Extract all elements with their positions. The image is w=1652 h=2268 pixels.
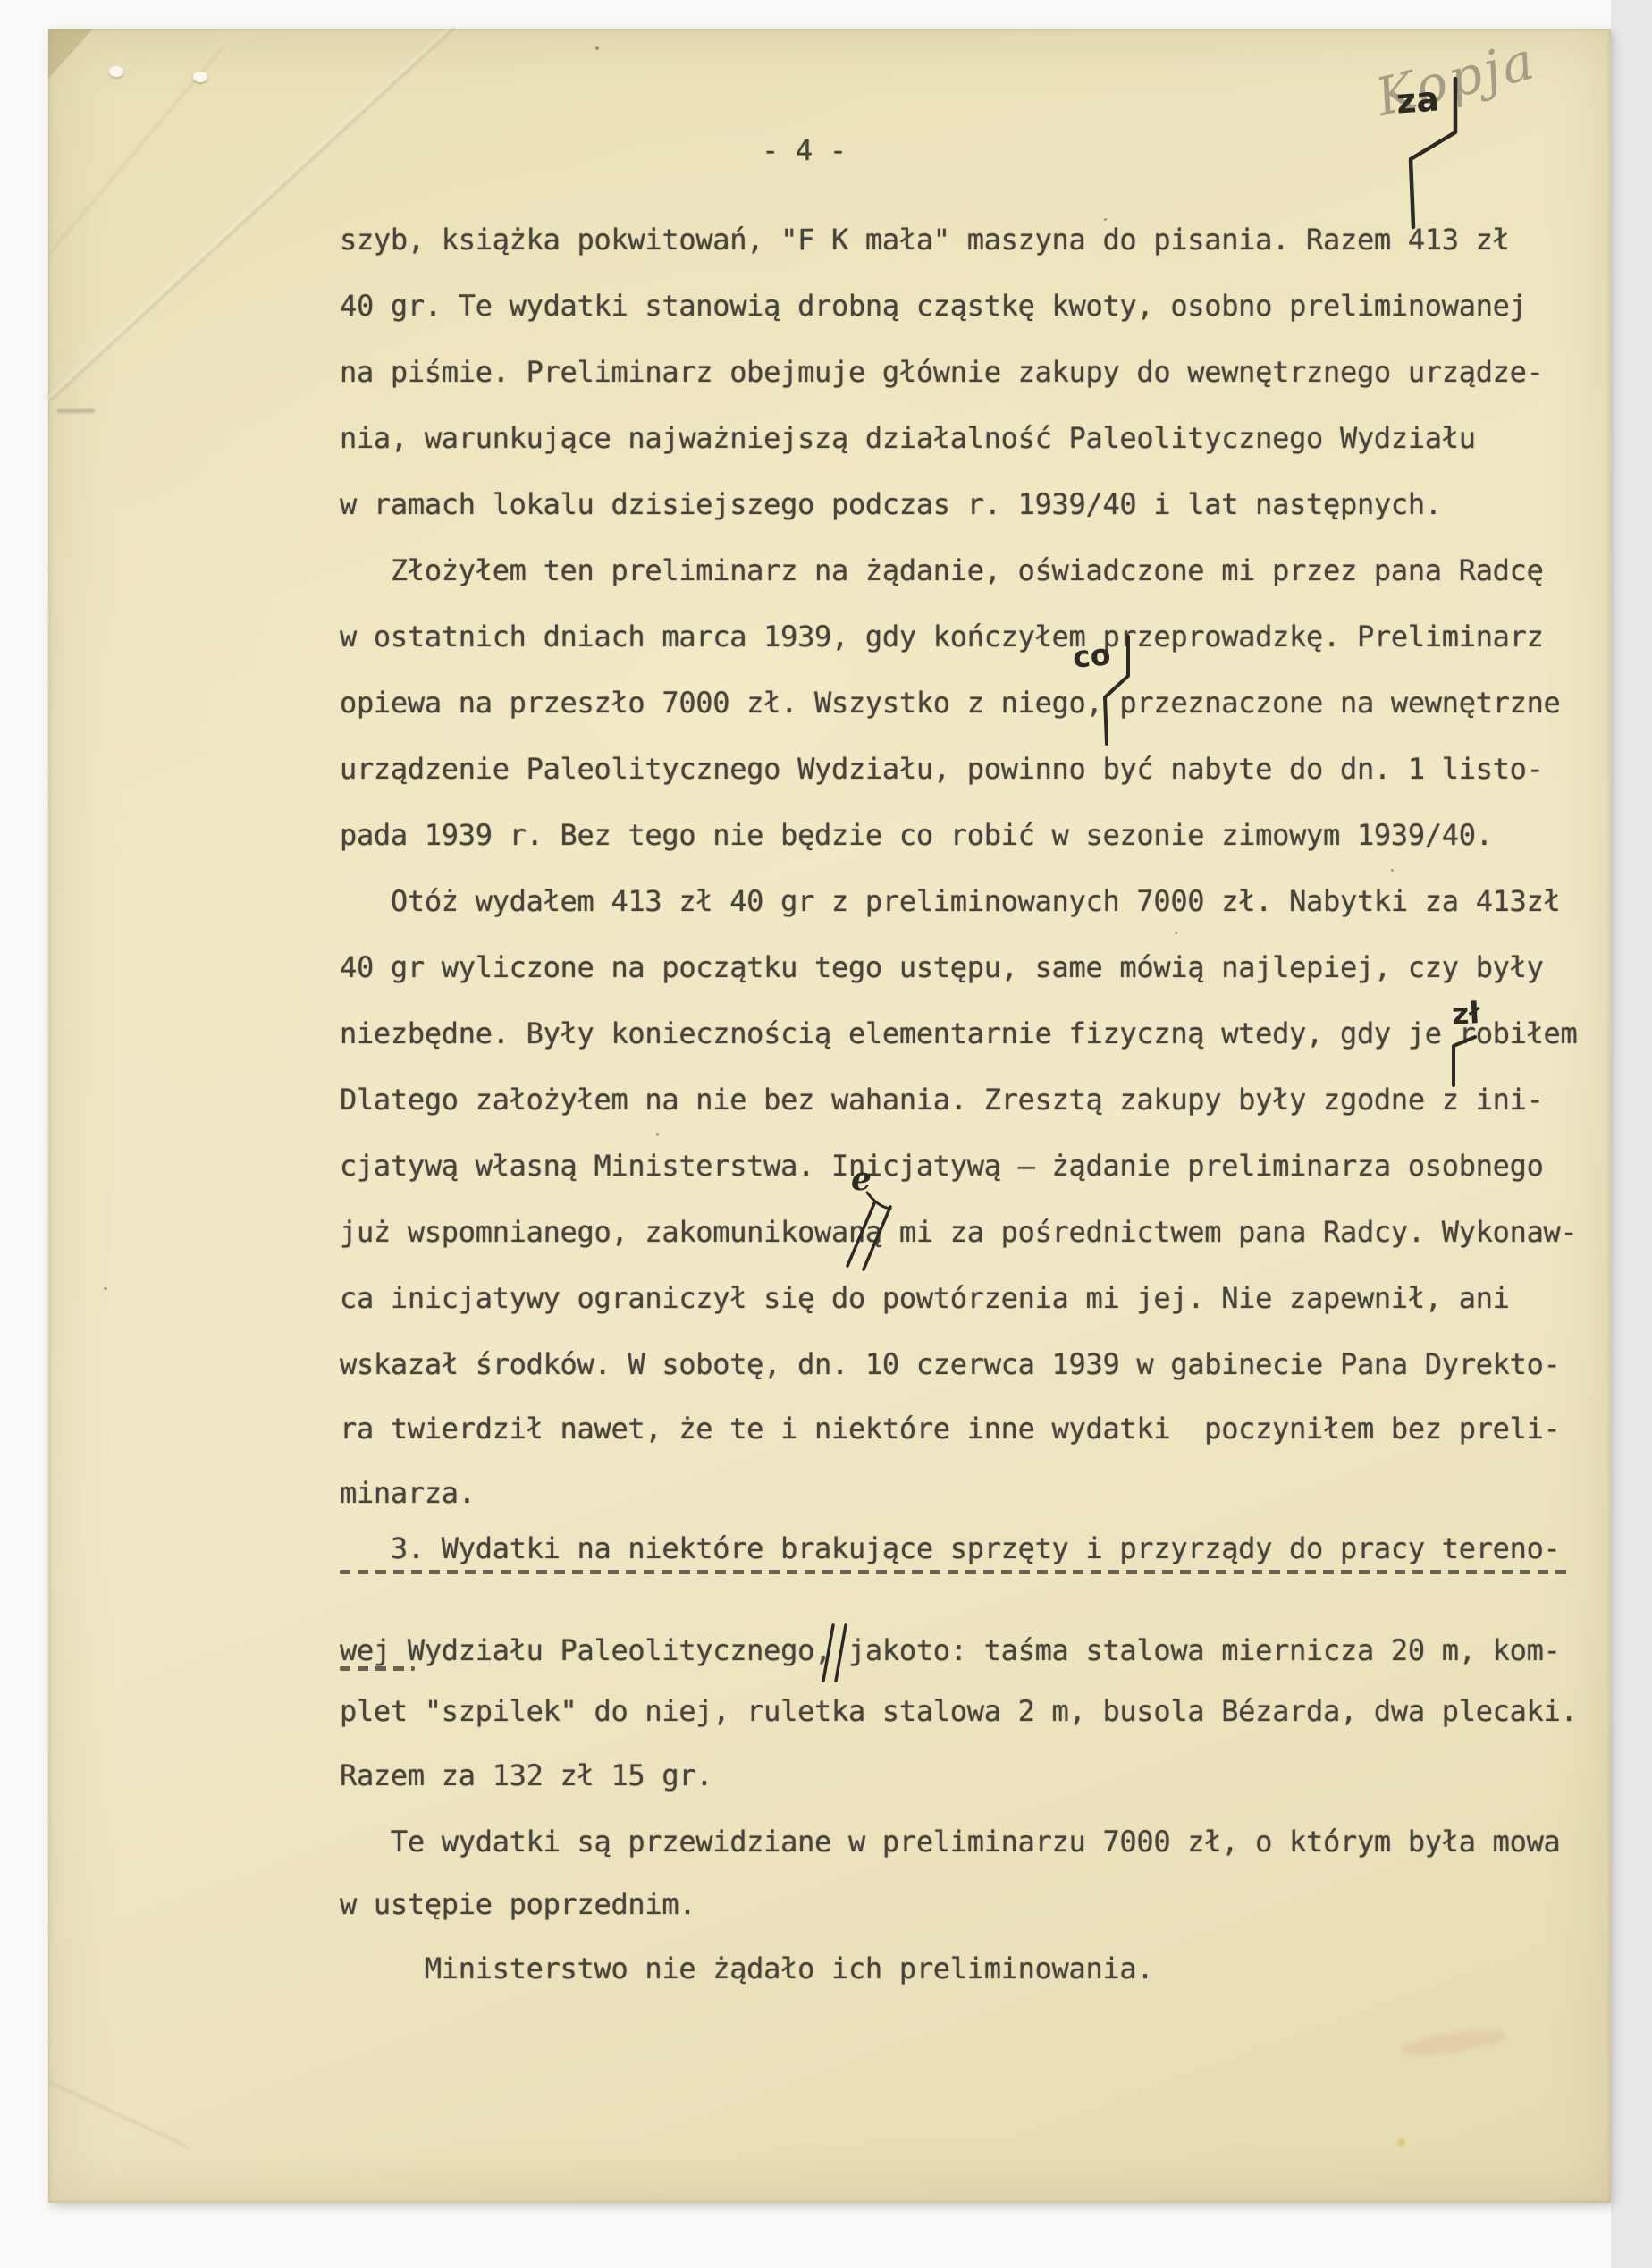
page-number: - 4 - — [762, 132, 847, 168]
paper-sheet: - 4 - szyb, książka pokwitowań, "F K mał… — [48, 29, 1611, 2203]
typed-line-21: 3. Wydatki na niektóre brakujące sprzęty… — [340, 1530, 1561, 1566]
typed-line-23: plet "szpilek" do niej, ruletka stalowa … — [340, 1693, 1578, 1729]
typed-line-20: minarza. — [340, 1475, 476, 1511]
handwritten-copy-note: Kopja — [1370, 30, 1541, 128]
crease-line-bottom — [49, 2081, 188, 2148]
handwritten-insert-za: za — [1395, 79, 1441, 121]
paper-speck — [104, 1287, 107, 1290]
typed-line-22: wej Wydziału Paleolitycznego, jakoto: ta… — [340, 1632, 1561, 1668]
typed-line-09: urządzenie Paleolitycznego Wydziału, pow… — [340, 751, 1544, 787]
scanned-document-page: - 4 - szyb, książka pokwitowań, "F K mał… — [0, 0, 1652, 2268]
paper-speck — [1391, 869, 1394, 872]
typed-line-25: Te wydatki są przewidziane w preliminarz… — [340, 1824, 1561, 1859]
typed-line-11: Otóż wydałem 413 zł 40 gr z preliminowan… — [340, 883, 1561, 919]
paper-nick — [109, 66, 123, 77]
crease-line — [49, 27, 455, 401]
typed-line-15: cjatywą własną Ministerstwa. Inicjatywą … — [340, 1148, 1544, 1184]
handwritten-correction-e: e — [851, 1160, 872, 1198]
paper-fleck — [1397, 2138, 1405, 2146]
typed-line-19: ra twierdził nawet, że te i niektóre inn… — [340, 1411, 1561, 1446]
paper-speck — [1175, 932, 1177, 934]
typed-line-01: szyb, książka pokwitowań, "F K mała" mas… — [340, 222, 1510, 257]
handwritten-insert-zl: zł — [1451, 995, 1480, 1032]
typed-line-06: Złożyłem ten preliminarz na żądanie, ośw… — [340, 552, 1544, 588]
typed-line-16: już wspomnianego, zakomunikowaną mi za p… — [340, 1214, 1578, 1250]
typed-line-27: Ministerstwo nie żądało ich preliminowan… — [340, 1951, 1153, 1986]
typed-line-26: w ustępie poprzednim. — [340, 1886, 695, 1922]
typed-line-02: 40 gr. Te wydatki stanowią drobną cząstk… — [340, 288, 1527, 324]
typed-line-18: wskazał środków. W sobotę, dn. 10 czerwc… — [340, 1346, 1561, 1382]
red-smudge — [1399, 2026, 1508, 2060]
corner-fold — [48, 29, 93, 79]
typed-line-24: Razem za 132 zł 15 gr. — [340, 1758, 712, 1793]
heading-underline-continuation — [340, 1666, 415, 1671]
typed-line-04: nia, warunkujące najważniejszą działalno… — [340, 420, 1476, 456]
typed-line-03: na piśmie. Preliminarz obejmuje głównie … — [340, 354, 1544, 390]
typed-line-12: 40 gr wyliczone na początku tego ustępu,… — [340, 949, 1544, 985]
paper-speck — [1104, 218, 1107, 221]
paper-speck — [656, 1133, 659, 1136]
typed-line-05: w ramach lokalu dzisiejszego podczas r. … — [340, 486, 1442, 522]
typed-line-10: pada 1939 r. Bez tego nie będzie co robi… — [340, 817, 1493, 853]
pencil-smudge — [57, 409, 95, 413]
typed-line-17: ca inicjatywy ograniczył się do powtórze… — [340, 1280, 1510, 1316]
handwritten-insert-co: co — [1071, 637, 1111, 675]
typed-line-07: w ostatnich dniach marca 1939, gdy kończ… — [340, 619, 1544, 654]
typed-line-13: niezbędne. Były koniecznością elementarn… — [340, 1016, 1578, 1051]
paper-nick — [193, 72, 207, 82]
paper-speck — [595, 46, 599, 50]
typed-line-08: opiewa na przeszło 7000 zł. Wszystko z n… — [340, 685, 1561, 721]
scanner-edge-strip — [1611, 0, 1652, 2268]
heading-underline — [340, 1570, 1572, 1574]
typed-line-14: Dlatego założyłem na nie bez wahania. Zr… — [340, 1082, 1544, 1117]
